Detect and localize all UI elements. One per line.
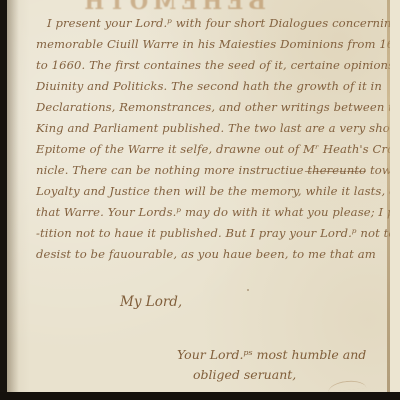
manuscript-line: desist to be fauourable, as you haue bee…: [36, 244, 382, 265]
bleedthrough-title: BEHEMOTH: [96, 0, 266, 14]
manuscript-line: nicle. There can be nothing more instruc…: [36, 160, 382, 181]
binding-edge-bottom: [0, 392, 400, 400]
salutation: My Lord,: [120, 294, 182, 310]
manuscript-line: memorable Ciuill Warre in his Maiesties …: [36, 34, 382, 55]
ink-speck: [369, 63, 372, 65]
binding-edge-left: [0, 0, 7, 400]
dedication-paragraph: I present your Lord.ᵖ with four short Di…: [36, 13, 382, 265]
manuscript-line: to 1660. The first containes the seed of…: [36, 55, 382, 76]
manuscript-line: -tition not to haue it published. But I …: [36, 223, 382, 244]
manuscript-line: that Warre. Your Lords.ᵖ may do with it …: [36, 202, 382, 223]
manuscript-line: Epitome of the Warre it selfe, drawne ou…: [36, 139, 382, 160]
manuscript-scan: BEHEMOTH I present your Lord.ᵖ with four…: [0, 0, 400, 400]
adjacent-page-edge: [390, 0, 400, 392]
ink-speck: [247, 289, 249, 291]
manuscript-line: I present your Lord.ᵖ with four short Di…: [36, 13, 382, 34]
closing-line: obliged seruant,: [193, 367, 296, 382]
manuscript-line: Declarations, Remonstrances, and other w…: [36, 97, 382, 118]
manuscript-line: Diuinity and Politicks. The second hath …: [36, 76, 382, 97]
manuscript-line: King and Parliament published. The two l…: [36, 118, 382, 139]
gutter-shadow: [7, 0, 19, 392]
ink-smudge: [328, 379, 367, 392]
manuscript-line: Loyalty and Justice then will be the mem…: [36, 181, 382, 202]
page-crease: [387, 0, 390, 392]
closing-line: Your Lord.ᵖˢ most humble and: [177, 347, 366, 362]
